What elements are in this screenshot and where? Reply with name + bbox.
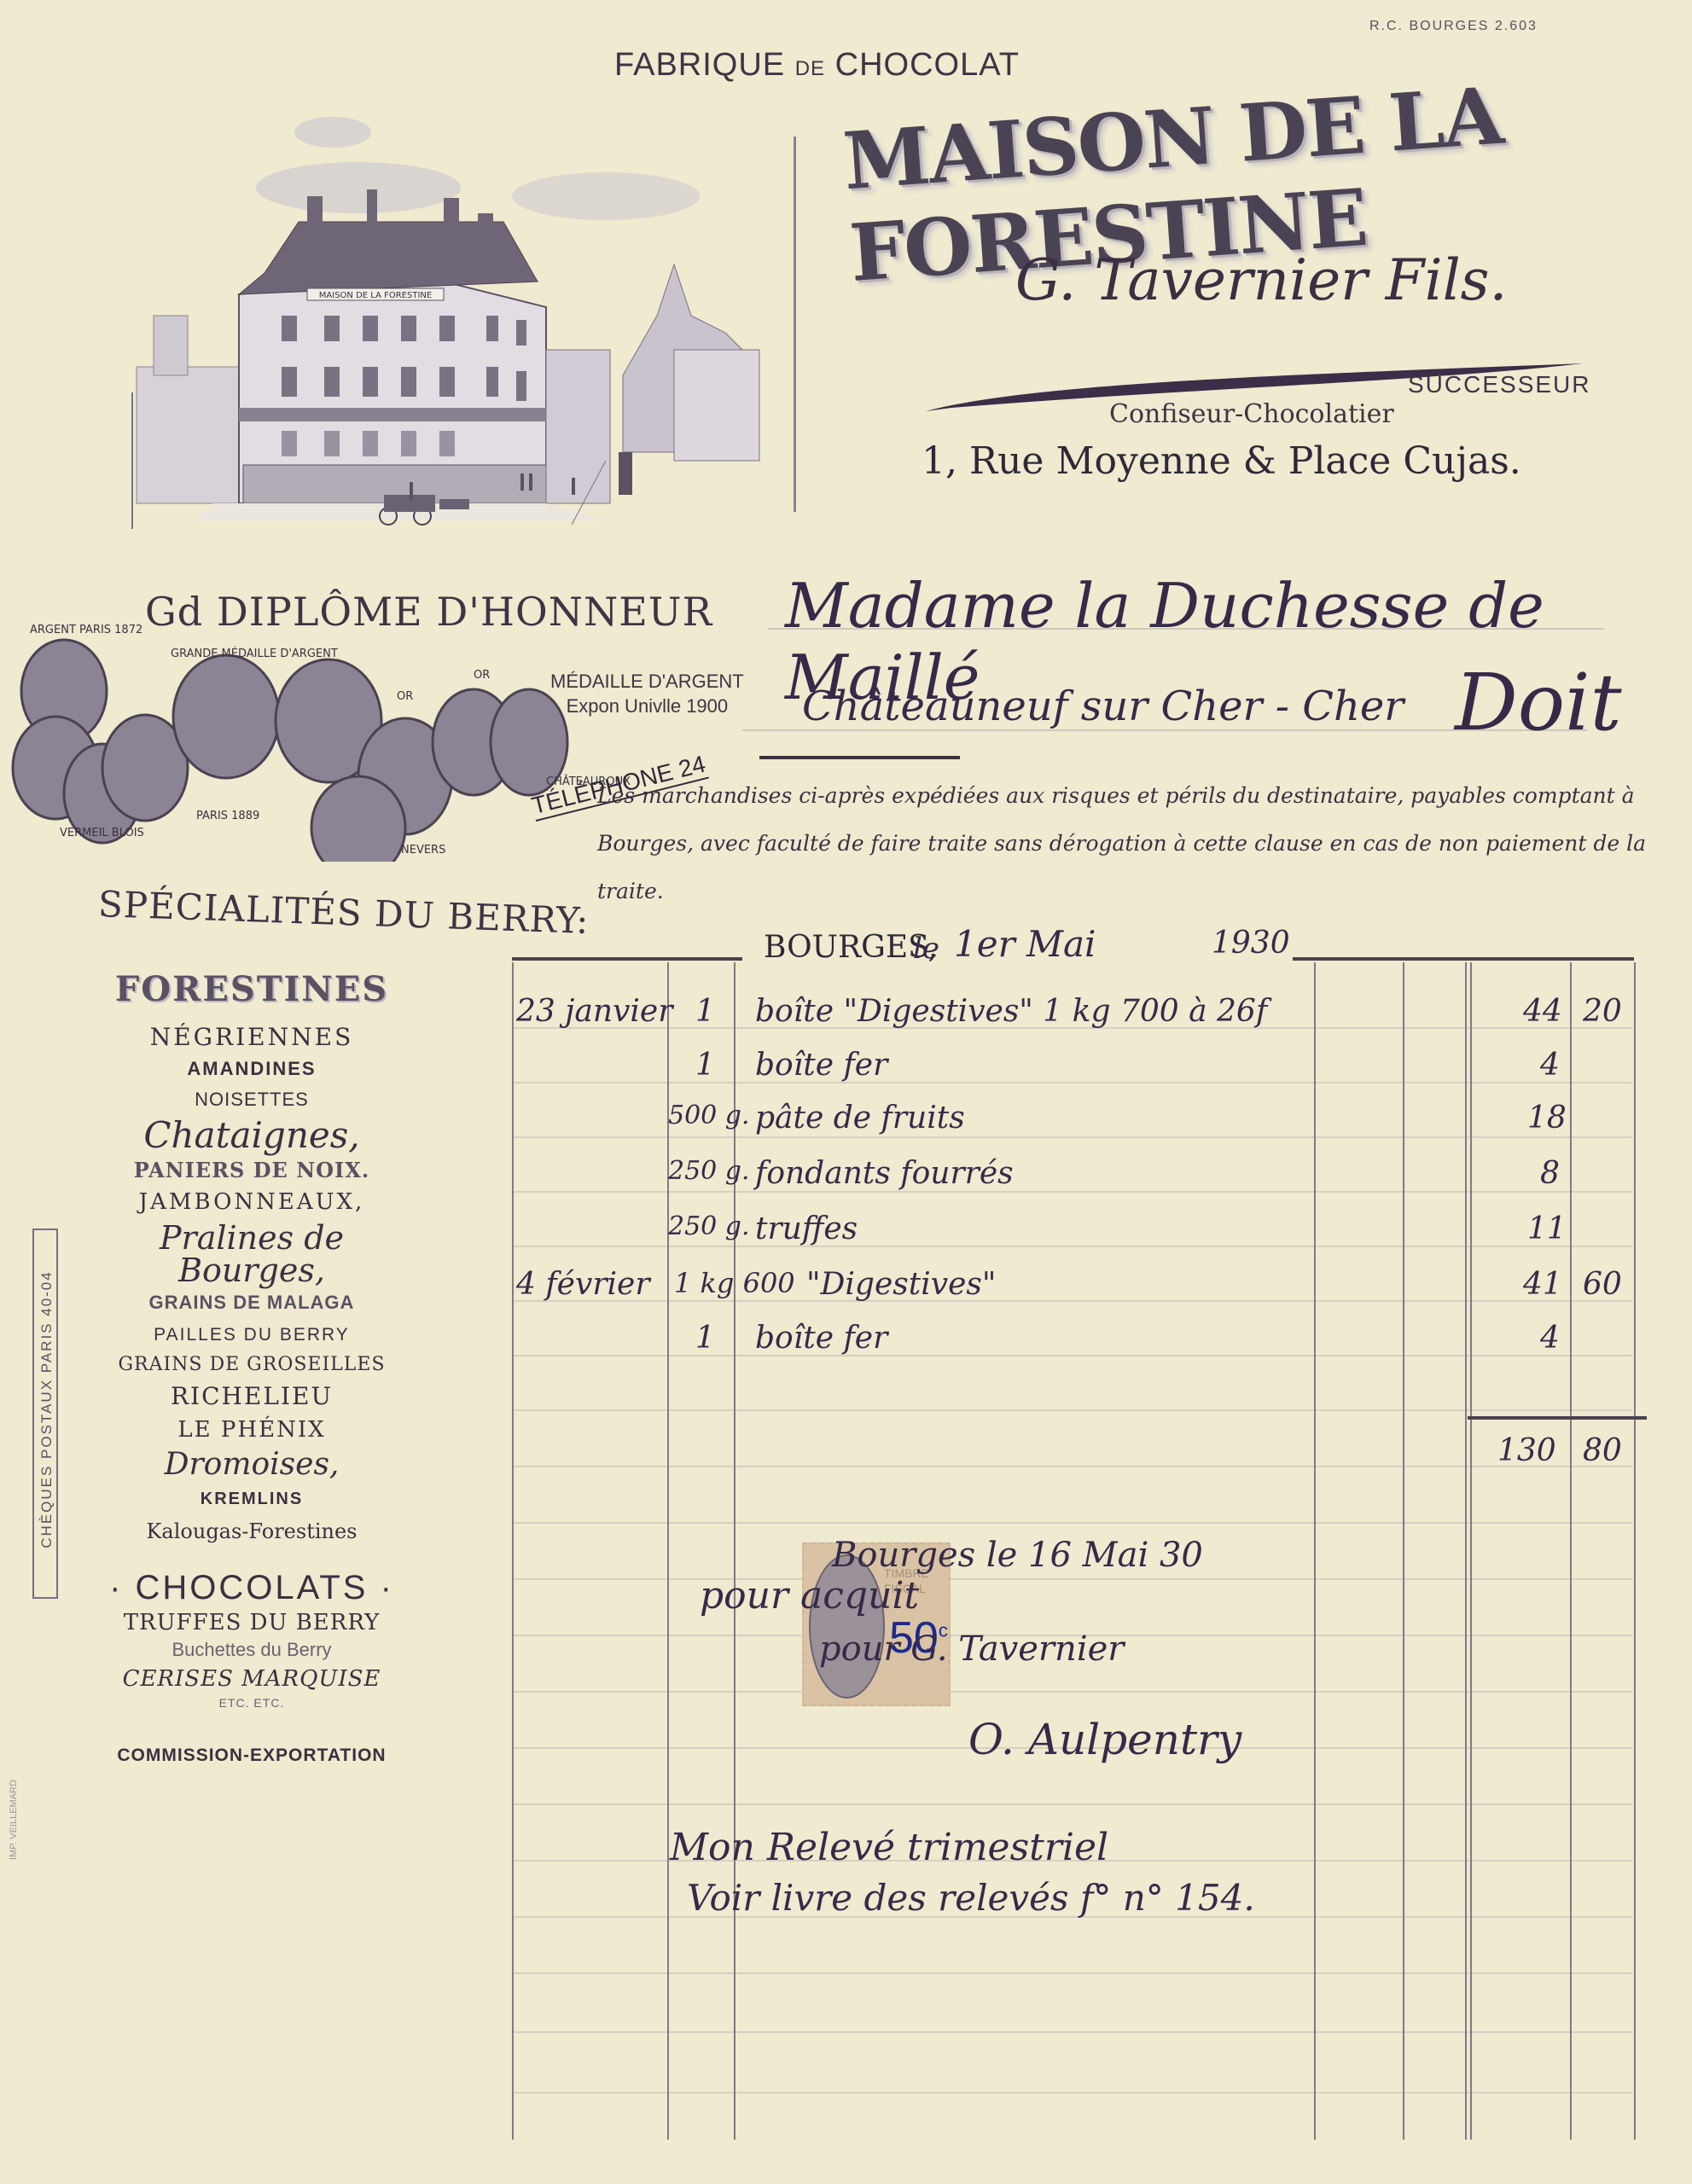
speciality-item: Pralines de Bourges,	[85, 1222, 418, 1287]
speciality-item: KREMLINS	[85, 1490, 418, 1507]
row-francs: 18	[1527, 1101, 1567, 1136]
ledger-header-rule	[1293, 957, 1634, 961]
specialities-list: FORESTINES NÉGRIENNES AMANDINES NOISETTE…	[85, 973, 418, 1764]
ribbon-nevers: NEVERS	[401, 844, 445, 857]
postal-cheques-box: CHÈQUES POSTAUX PARIS 40-04	[32, 1228, 58, 1599]
note-line2: Voir livre des relevés f° n° 154.	[687, 1877, 1255, 1919]
registration-number: R.C. BOURGES 2.603	[1369, 19, 1538, 34]
doit-label: Doit	[1455, 657, 1622, 748]
total-francs: 130	[1497, 1433, 1556, 1468]
receipt-pour: pour G. Tavernier	[819, 1629, 1124, 1669]
fabrique-word: FABRIQUE	[614, 47, 785, 83]
chocolats-heading: · CHOCOLATS ·	[85, 1571, 418, 1605]
row-description: "Digestives"	[806, 1267, 996, 1302]
row-qty: 500 g.	[668, 1101, 750, 1130]
speciality-item: PAILLES DU BERRY	[85, 1326, 418, 1344]
postal-cheques-label: CHÈQUES POSTAUX PARIS 40-04	[38, 1226, 55, 1593]
invoice-date-le: le	[913, 932, 939, 966]
signature: O. Aulpentry	[968, 1715, 1241, 1764]
speciality-item: Chataignes,	[85, 1118, 418, 1153]
speciality-item: GRAINS DE GROSEILLES	[85, 1356, 418, 1374]
medals-cluster: ARGENT PARIS 1872 GRANDE MÉDAILLE D'ARGE…	[9, 614, 691, 862]
row-cents: 60	[1583, 1267, 1622, 1302]
ribbon-vermeil-blois: VERMEIL BLOIS	[60, 827, 144, 839]
chocolat-item: Buchettes du Berry	[85, 1641, 418, 1659]
chocolat-item: CERISES MARQUISE	[85, 1668, 418, 1690]
chocolat-item: TRUFFES DU BERRY	[85, 1612, 418, 1634]
ribbon-paris-1889: PARIS 1889	[196, 810, 259, 822]
printer-mark: IMP. VEILLEMARD	[9, 1780, 19, 1860]
proprietor-name: G. Tavernier Fils.	[1015, 247, 1508, 313]
row-francs: 41	[1523, 1267, 1562, 1302]
total-rule	[1468, 1416, 1647, 1420]
column-rule	[1570, 962, 1572, 2140]
row-qty: 1	[695, 1048, 715, 1083]
ribbon-or-2: OR	[474, 669, 490, 682]
speciality-item: AMANDINES	[85, 1060, 418, 1078]
row-francs: 4	[1540, 1321, 1560, 1356]
ribbon-grande-medaille: GRANDE MÉDAILLE D'ARGENT	[171, 647, 338, 660]
row-qty: 1	[695, 1321, 715, 1356]
column-rule	[1314, 962, 1316, 2140]
row-description: fondants fourrés	[755, 1156, 1014, 1191]
row-qty: 250 g.	[668, 1211, 750, 1241]
medal-argent-line2: Expon Univlle 1900	[550, 694, 744, 719]
row-francs: 11	[1527, 1211, 1567, 1246]
decorative-divider	[794, 136, 796, 512]
column-rule	[667, 962, 669, 2140]
row-francs: 44	[1523, 994, 1562, 1029]
invoice-date: 1er Mai	[954, 923, 1096, 965]
row-description: truffes	[755, 1211, 858, 1246]
medal-argent-line1: MÉDAILLE D'ARGENT	[550, 670, 744, 694]
receipt-date: Bourges le 16 Mai 30	[832, 1536, 1203, 1575]
row-francs: 8	[1540, 1156, 1560, 1191]
row-description: boîte "Digestives" 1 kg 700 à 26f	[755, 994, 1267, 1029]
invoice-place: BOURGES,	[764, 930, 938, 965]
specialities-title: SPÉCIALITÉS DU BERRY:	[97, 883, 590, 942]
row-qty: 1	[695, 994, 715, 1029]
ribbon-argent-paris: ARGENT PARIS 1872	[30, 624, 142, 636]
trade-label: Confiseur-Chocolatier	[1109, 399, 1394, 429]
fabrique-heading: FABRIQUE DE CHOCOLAT	[614, 47, 1020, 84]
receipt-acquit: pour acquit	[700, 1574, 919, 1618]
column-rule	[512, 962, 514, 2140]
ribbon-or-1: OR	[397, 690, 413, 703]
row-description: boîte fer	[755, 1048, 887, 1083]
ledger-header-rule	[512, 957, 742, 961]
row-date: 4 février	[516, 1267, 650, 1302]
column-rule	[1403, 962, 1404, 2140]
speciality-item: Dromoises,	[85, 1449, 418, 1480]
speciality-item: GRAINS DE MALAGA	[85, 1293, 418, 1312]
column-rule	[734, 962, 736, 2140]
note-line1: Mon Relevé trimestriel	[670, 1826, 1108, 1869]
row-qty: 1 kg 600	[674, 1267, 795, 1299]
speciality-item: JAMBONNEAUX,	[85, 1191, 418, 1213]
storefront-illustration: MAISON DE LA FORESTINE	[128, 94, 794, 529]
chocolat-item: ETC. ETC.	[85, 1697, 418, 1709]
column-rule	[1634, 962, 1636, 2140]
speciality-item: RICHELIEU	[85, 1385, 418, 1409]
row-qty: 250 g.	[668, 1156, 750, 1186]
speciality-item: LE PHÉNIX	[85, 1419, 418, 1441]
total-cents: 80	[1583, 1433, 1622, 1468]
speciality-item: NOISETTES	[85, 1090, 418, 1109]
row-cents: 20	[1583, 994, 1622, 1029]
fabrique-de: DE	[795, 57, 825, 80]
column-rule	[1470, 962, 1472, 2140]
speciality-item: PANIERS DE NOIX.	[85, 1160, 418, 1181]
medal-argent-caption: MÉDAILLE D'ARGENT Expon Univlle 1900	[550, 670, 744, 718]
speciality-item: NÉGRIENNES	[85, 1025, 418, 1049]
building-sign: MAISON DE LA FORESTINE	[319, 291, 432, 300]
payment-terms: Les marchandises ci-après expédiées aux …	[597, 772, 1655, 915]
column-rule	[1465, 962, 1467, 2140]
successor-label: SUCCESSEUR	[1408, 371, 1590, 398]
business-address: 1, Rue Moyenne & Place Cujas.	[922, 439, 1521, 483]
address-underline	[759, 756, 960, 759]
speciality-item: Kalougas-Forestines	[85, 1521, 418, 1542]
addressee-location: Châteauneuf sur Cher - Cher	[802, 682, 1404, 730]
row-description: pâte de fruits	[755, 1101, 965, 1136]
fabrique-chocolat: CHOCOLAT	[835, 47, 1020, 83]
row-francs: 4	[1540, 1048, 1560, 1083]
invoice-year: 1930	[1212, 926, 1290, 961]
commission-label: COMMISSION-EXPORTATION	[85, 1746, 418, 1764]
row-date: 23 janvier	[516, 994, 672, 1029]
speciality-item: FORESTINES	[85, 973, 418, 1007]
row-description: boîte fer	[755, 1321, 887, 1356]
